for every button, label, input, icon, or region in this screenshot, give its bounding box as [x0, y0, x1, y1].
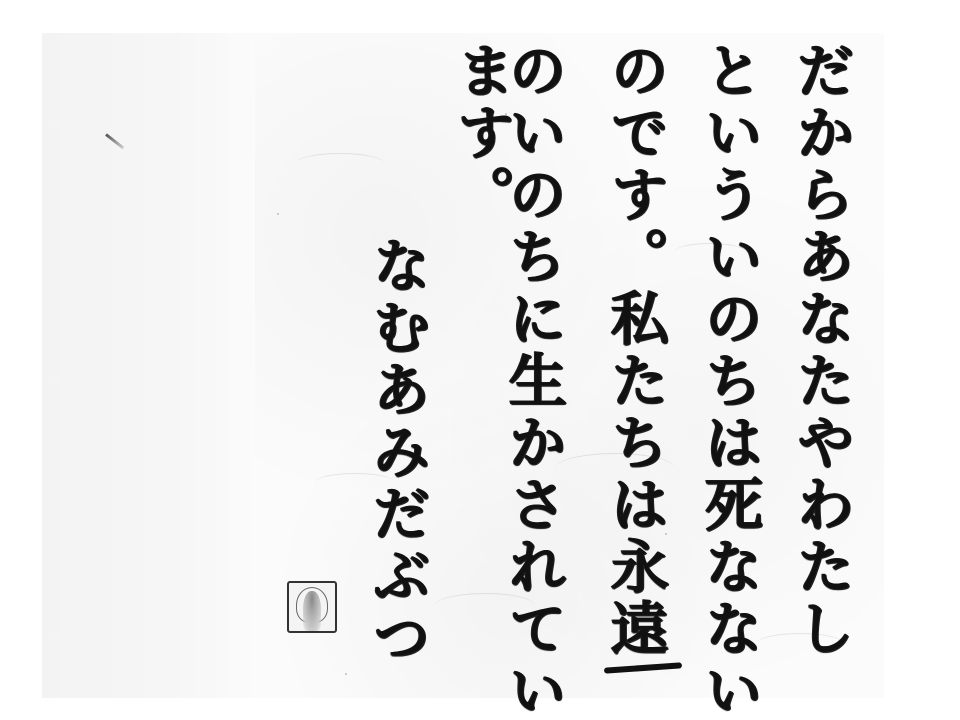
buddha-figure-icon — [303, 591, 321, 631]
stray-ink-mark — [105, 133, 124, 149]
calligraphy-column-3: のです。私たちは永遠 — [606, 40, 664, 660]
calligraphy-column-2: といういのちは死なない — [700, 40, 758, 720]
buddha-seal-stamp — [287, 581, 337, 633]
calligraphy-page: だからあなたやわたし といういのちは死なない のです。私たちは永遠 のいのちに生… — [0, 0, 960, 720]
paper-fiber — [295, 153, 385, 174]
calligraphy-column-6: なむあみだぶつ — [368, 235, 426, 669]
calligraphy-column-5: ます。 — [452, 40, 510, 226]
scan-margin-panel — [42, 33, 257, 698]
paper-speck — [345, 673, 347, 675]
calligraphy-column-1: だからあなたやわたし — [792, 40, 850, 660]
paper-speck — [277, 213, 279, 215]
